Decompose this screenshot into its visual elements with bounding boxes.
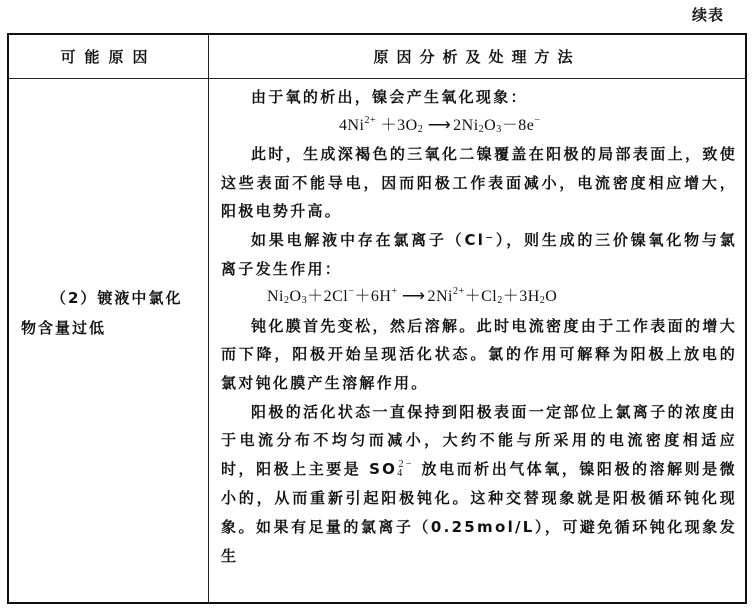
cause-line-2: 物含量过低: [21, 313, 201, 343]
reaction-arrow-icon: ⟶: [402, 288, 423, 305]
eq-term: O: [484, 117, 496, 134]
eq-term: 2Ni: [453, 117, 479, 134]
cause-line-1: （2）镀液中氯化: [21, 283, 201, 313]
eq-term: ＋3O: [381, 117, 418, 134]
header-divider: [9, 78, 745, 79]
eq-term: ＋Cl: [465, 288, 498, 305]
eq-term: ＋6H: [354, 288, 391, 305]
equation-chloride-reaction: Ni2O3＋2Cl−＋6H+ ⟶ 2Ni2+＋Cl2＋3H2O: [221, 283, 737, 312]
eq-sub: 2: [418, 124, 424, 135]
eq-term: －8e: [502, 117, 535, 134]
eq-sup: 2+: [453, 286, 465, 297]
eq-term: ＋2Cl: [307, 288, 348, 305]
eq-sup: −: [534, 115, 540, 126]
eq-term: O: [545, 288, 557, 305]
analysis-paragraph-5: 阳极的活化状态一直保持到阳极表面一定部位上氯离子的浓度由于电流分布不均匀而减小，…: [221, 398, 737, 571]
eq-sup: +: [391, 286, 397, 297]
header-analysis-method: 原因分析及处理方法: [209, 35, 745, 78]
sulfate-sup: 2−: [399, 459, 414, 470]
troubleshooting-table: 可能原因 原因分析及处理方法 （2）镀液中氯化 物含量过低 由于氧的析出，镍会产…: [7, 33, 747, 604]
table-caption: 续表: [692, 4, 724, 25]
analysis-cell: 由于氧的析出，镍会产生氧化现象： 4Ni2+ ＋3O2 ⟶ 2Ni2O3－8e−…: [221, 83, 737, 570]
cause-cell: （2）镀液中氯化 物含量过低: [21, 283, 201, 343]
analysis-paragraph-1: 由于氧的析出，镍会产生氧化现象：: [221, 83, 737, 112]
column-divider: [208, 35, 209, 602]
equation-nickel-oxidation: 4Ni2+ ＋3O2 ⟶ 2Ni2O3－8e−: [221, 112, 737, 141]
eq-sup: 2+: [365, 115, 377, 126]
header-possible-cause: 可能原因: [9, 35, 208, 78]
analysis-paragraph-4: 钝化膜首先变松，然后溶解。此时电流密度由于工作表面的增大而下降，阳极开始呈现活化…: [221, 312, 737, 398]
analysis-paragraph-3: 如果电解液中存在氯离子（Cl⁻），则生成的三价镍氧化物与氯离子发生作用：: [221, 226, 737, 283]
eq-term: O: [290, 288, 302, 305]
analysis-paragraph-2: 此时，生成深褐色的三氧化二镍覆盖在阳极的局部表面上，致使这些表面不能导电，因而阳…: [221, 140, 737, 226]
eq-term: 2Ni: [427, 288, 453, 305]
eq-term: Ni: [267, 288, 284, 305]
reaction-arrow-icon: ⟶: [428, 117, 449, 134]
eq-term: 4Ni: [339, 117, 365, 134]
eq-term: ＋3H: [503, 288, 540, 305]
